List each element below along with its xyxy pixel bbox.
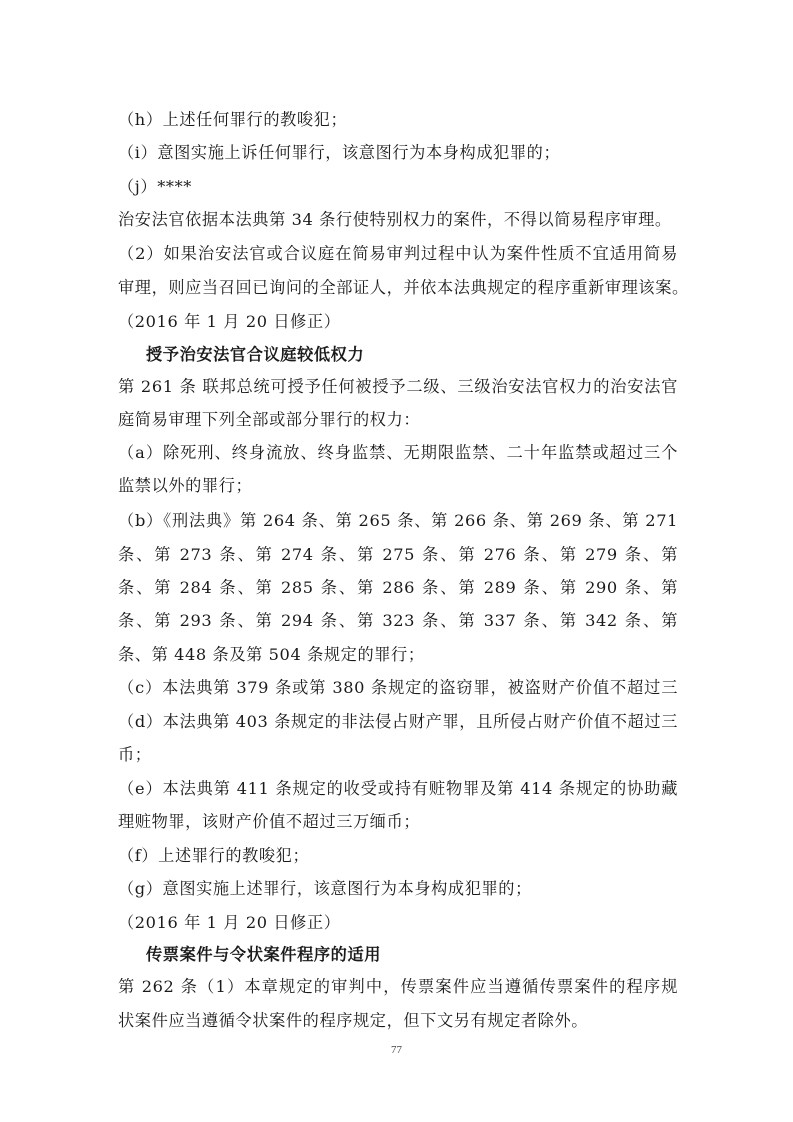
clause-b-line-1: （b）《刑法典》第 264 条、第 265 条、第 266 条、第 269 条、… xyxy=(118,511,678,531)
clause-a-line-1: （a）除死刑、终身流放、终身监禁、无期限监禁、二十年监禁或超过三个月的 xyxy=(118,443,678,463)
article-262-line-2: 状案件应当遵循令状案件的程序规定，但下文另有规定者除外。 xyxy=(118,1011,678,1031)
article-261-line-2: 庭简易审理下列全部或部分罪行的权力： xyxy=(118,410,678,430)
article-261-line-1: 第 261 条 联邦总统可授予任何被授予二级、三级治安法官权力的治安法官合议 xyxy=(118,377,678,397)
amendment-note-2: （2016 年 1 月 20 日修正） xyxy=(118,913,678,933)
page-number: 77 xyxy=(0,1044,793,1056)
clause-b-line-5: 条、第 448 条及第 504 条规定的罪行； xyxy=(118,645,678,665)
article-262-line-1: 第 262 条（1）本章规定的审判中，传票案件应当遵循传票案件的程序规定，令 xyxy=(118,977,678,997)
clause-c: （c）本法典第 379 条或第 380 条规定的盗窃罪，被盗财产价值不超过三万缅… xyxy=(118,678,678,698)
document-page: （h）上述任何罪行的教唆犯； （i）意图实施上诉任何罪行，该意图行为本身构成犯罪… xyxy=(0,0,793,1122)
section-heading-261: 授予治安法官合议庭较低权力 xyxy=(146,345,364,365)
clause-f: （f）上述罪行的教唆犯； xyxy=(118,846,678,866)
clause-d-line-1: （d）本法典第 403 条规定的非法侵占财产罪，且所侵占财产价值不超过三万缅 xyxy=(118,712,678,732)
clause-d-line-2: 币； xyxy=(118,745,678,765)
special-power-note: 治安法官依据本法典第 34 条行使特别权力的案件，不得以简易程序审理。 xyxy=(118,210,678,230)
clause-b-line-2: 条、第 273 条、第 274 条、第 275 条、第 276 条、第 279 … xyxy=(118,545,678,565)
clause-b-line-4: 条、第 293 条、第 294 条、第 323 条、第 337 条、第 342 … xyxy=(118,611,678,631)
clause-a-line-2: 监禁以外的罪行； xyxy=(118,476,678,496)
clause-i: （i）意图实施上诉任何罪行，该意图行为本身构成犯罪的； xyxy=(118,143,678,163)
clause-j: （j）**** xyxy=(118,177,678,197)
section-heading-262: 传票案件与令状案件程序的适用 xyxy=(146,945,381,965)
clause-g: （g）意图实施上述罪行，该意图行为本身构成犯罪的； xyxy=(118,879,678,899)
clause-e-line-2: 理赃物罪，该财产价值不超过三万缅币； xyxy=(118,812,678,832)
clause-b-line-3: 条、第 284 条、第 285 条、第 286 条、第 289 条、第 290 … xyxy=(118,578,678,598)
clause-e-line-1: （e）本法典第 411 条规定的收受或持有赃物罪及第 414 条规定的协助藏匿或… xyxy=(118,779,678,799)
amendment-note-1: （2016 年 1 月 20 日修正） xyxy=(118,312,678,332)
subsection-2-line-2: 审理，则应当召回已询问的全部证人，并依本法典规定的程序重新审理该案。 xyxy=(118,278,678,298)
subsection-2-line-1: （2）如果治安法官或合议庭在简易审判过程中认为案件性质不宜适用简易程序 xyxy=(118,244,678,264)
clause-h: （h）上述任何罪行的教唆犯； xyxy=(118,110,678,130)
